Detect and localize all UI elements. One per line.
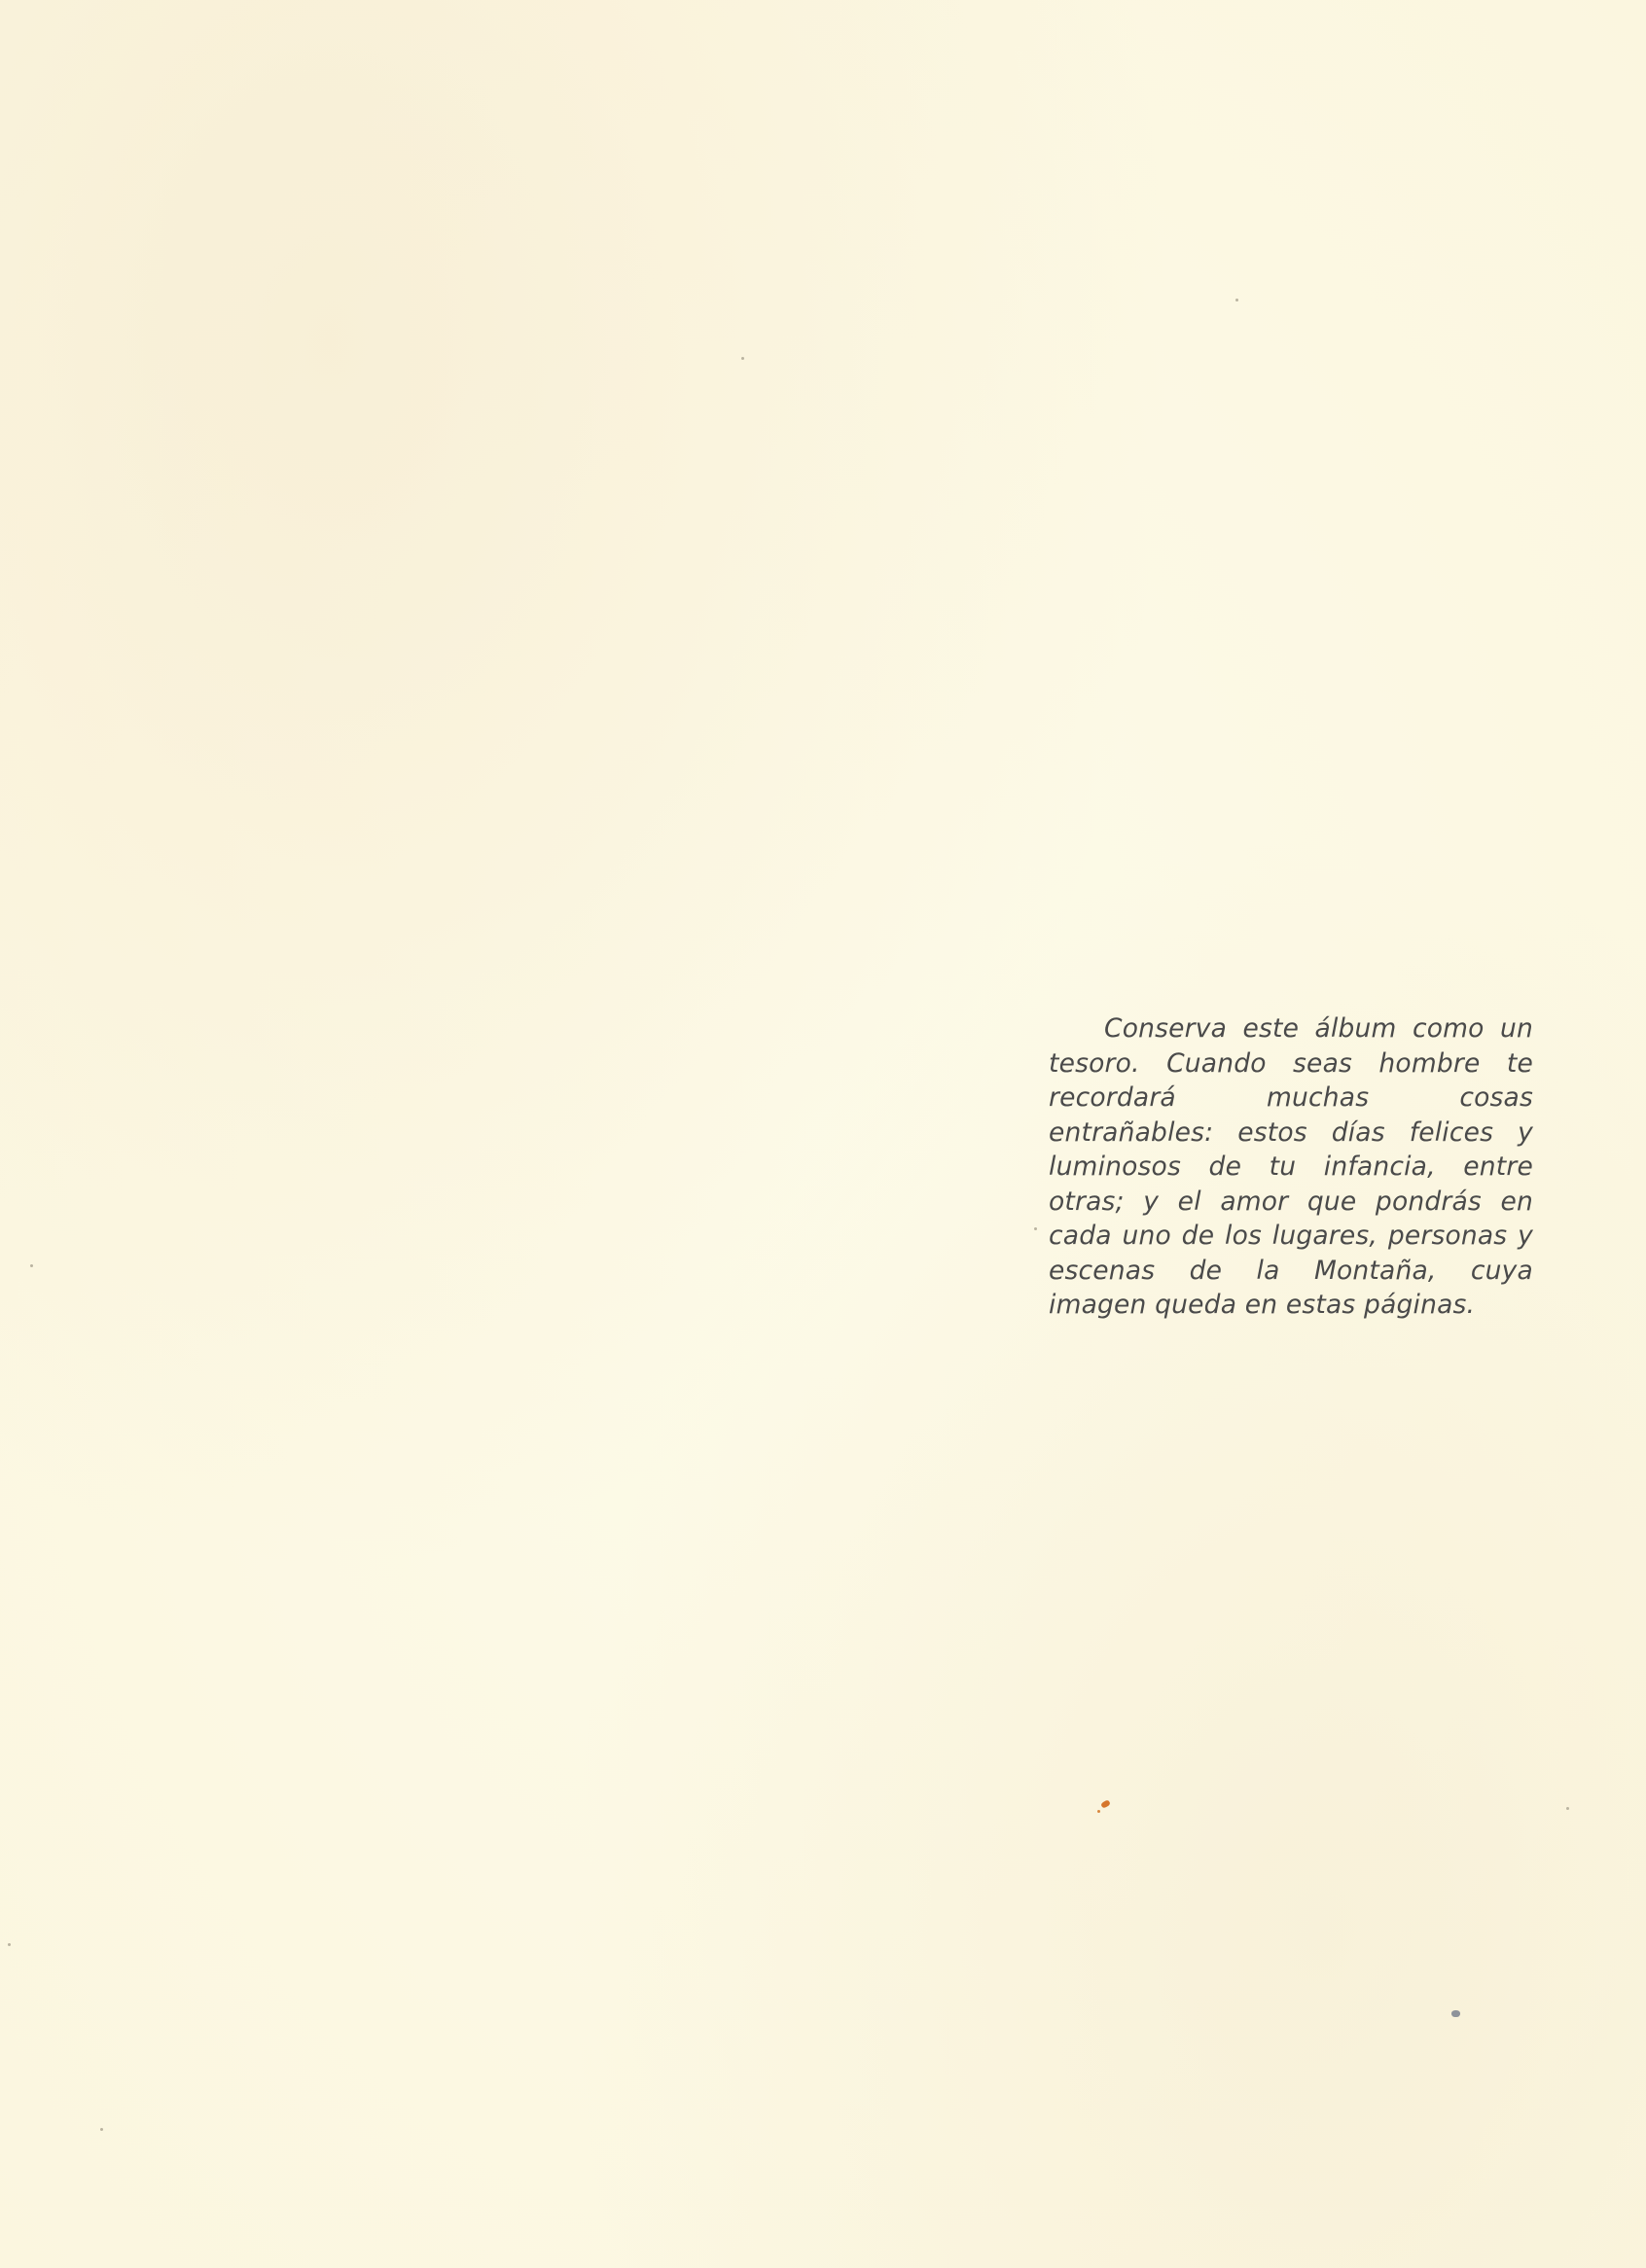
ink-speck bbox=[1097, 1810, 1100, 1813]
dirt-speck bbox=[1566, 1807, 1569, 1810]
dirt-speck bbox=[1235, 299, 1238, 301]
dirt-speck bbox=[100, 2128, 103, 2131]
dirt-speck bbox=[741, 357, 744, 360]
ink-speck bbox=[1100, 1799, 1111, 1809]
paper-page: Conserva este álbum como un tesoro. Cuan… bbox=[0, 0, 1646, 2268]
dirt-speck bbox=[8, 1943, 11, 1946]
dirt-speck bbox=[1451, 2010, 1460, 2017]
dirt-speck bbox=[30, 1264, 33, 1267]
dedication-paragraph: Conserva este álbum como un tesoro. Cuan… bbox=[1049, 1011, 1533, 1323]
dirt-speck bbox=[1034, 1227, 1037, 1230]
